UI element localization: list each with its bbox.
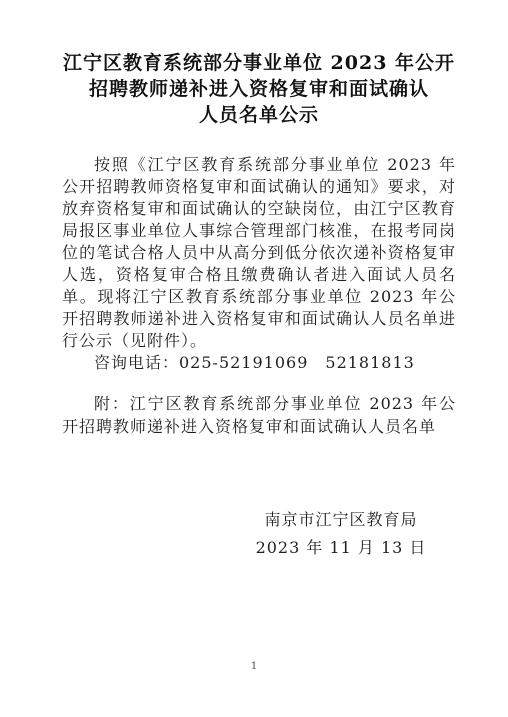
body-paragraph: 按照《江宁区教育系统部分事业单位 2023 年公开招聘教师资格复审和面试确认的通… (62, 154, 456, 352)
issuer-name: 南京市江宁区教育局 (246, 506, 436, 534)
signature-block: 南京市江宁区教育局 2023 年 11 月 13 日 (246, 506, 436, 562)
contact-phone-line: 咨询电话：025-52191069 52181813 (62, 352, 456, 374)
issue-date: 2023 年 11 月 13 日 (246, 534, 436, 562)
title-line-1: 江宁区教育系统部分事业单位 2023 年公开 (60, 50, 458, 76)
page-number: 1 (0, 660, 508, 674)
document-page: 江宁区教育系统部分事业单位 2023 年公开 招聘教师递补进入资格复审和面试确认… (0, 0, 508, 717)
document-title: 江宁区教育系统部分事业单位 2023 年公开 招聘教师递补进入资格复审和面试确认… (60, 50, 458, 128)
attachment-note: 附：江宁区教育系统部分事业单位 2023 年公开招聘教师递补进入资格复审和面试确… (62, 392, 456, 438)
title-line-3: 人员名单公示 (60, 102, 458, 128)
title-line-2: 招聘教师递补进入资格复审和面试确认 (60, 76, 458, 102)
document-body: 按照《江宁区教育系统部分事业单位 2023 年公开招聘教师资格复审和面试确认的通… (62, 154, 456, 374)
